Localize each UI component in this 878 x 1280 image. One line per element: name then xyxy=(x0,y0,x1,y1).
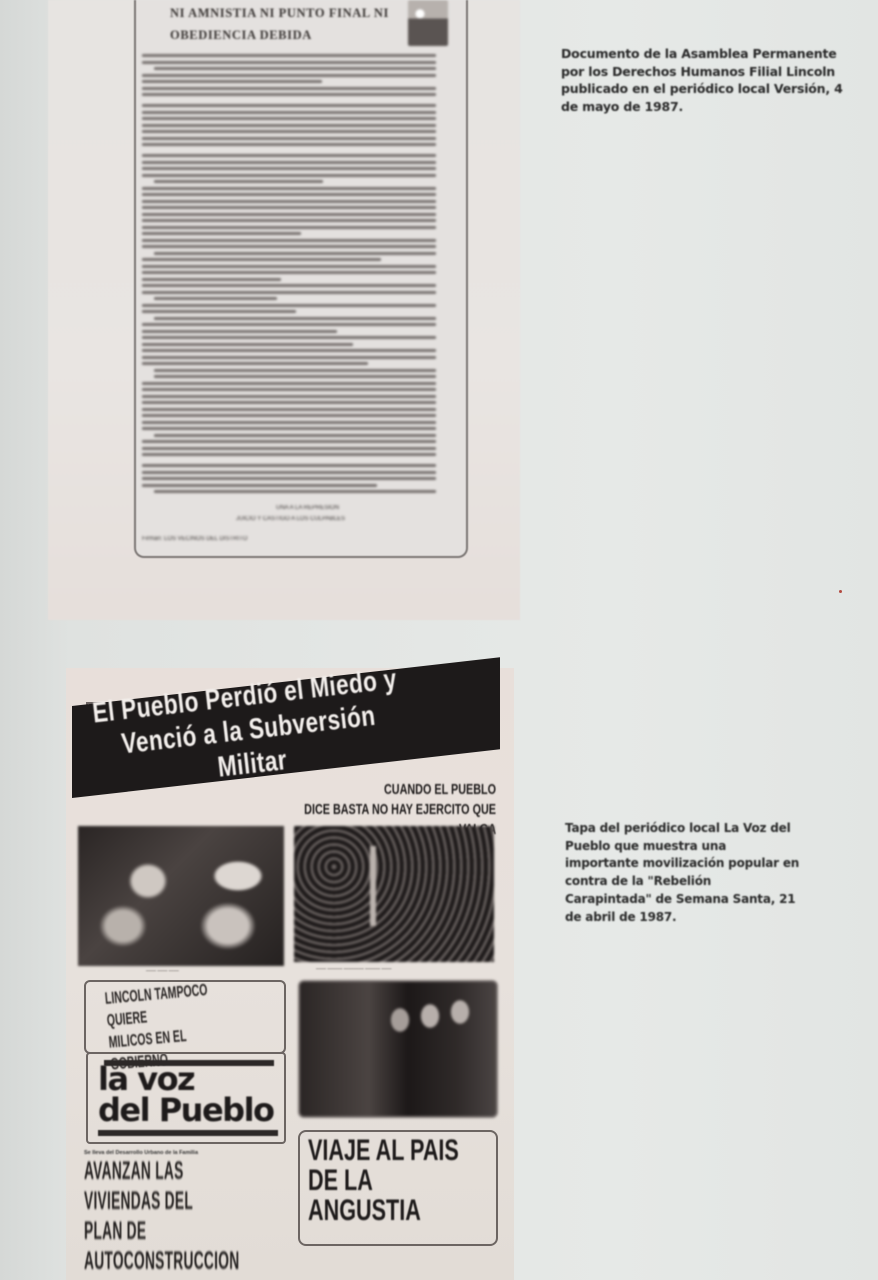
caption-la-voz-del-pueblo: Tapa del periódico local La Voz del Pueb… xyxy=(565,820,800,926)
caption-asamblea-document: Documento de la Asamblea Permanente por … xyxy=(561,45,851,115)
clipping-asamblea-document: NI AMNISTIA NI PUNTO FINAL NI OBEDIENCIA… xyxy=(48,0,520,620)
article-signature-1: UNA A LA REPRESION xyxy=(276,505,339,511)
story-housing-headline: AVANZAN LAS VIVIENDAS DEL PLAN DE AUTOCO… xyxy=(84,1156,238,1276)
photo-caption-1: —— —— —— xyxy=(146,968,179,974)
masthead-title: la voz del Pueblo xyxy=(98,1064,274,1126)
article-headline: NI AMNISTIA NI PUNTO FINAL NI OBEDIENCIA… xyxy=(170,2,420,46)
story-box-lincoln: LINCOLN TAMPOCO QUIERE MILICOS EN EL GOB… xyxy=(84,980,286,1054)
photo-caption-2: —— ——— ———— ——— —— xyxy=(316,966,392,972)
article-footer: Firman: LOS VECINOS DEL DISTRITO xyxy=(142,536,247,542)
clipping-la-voz-del-pueblo: NÚMERO EXTRAORDINARIO El Pueblo Perdió e… xyxy=(66,668,514,1280)
organization-logo-icon xyxy=(408,0,448,46)
photo-embrace xyxy=(78,826,284,966)
article-signature-2: JUICIO Y CASTIGO A LOS CULPABLES xyxy=(236,516,345,522)
newspaper-masthead: la voz del Pueblo xyxy=(86,1052,286,1144)
photo-crowd-mobilization xyxy=(294,826,494,962)
wall-mark xyxy=(839,590,842,593)
newspaper-article: NI AMNISTIA NI PUNTO FINAL NI OBEDIENCIA… xyxy=(134,0,468,558)
photo-meeting xyxy=(298,980,498,1118)
story-angustia-headline: VIAJE AL PAIS DE LA ANGUSTIA xyxy=(308,1136,495,1226)
story-box-angustia: VIAJE AL PAIS DE LA ANGUSTIA xyxy=(298,1130,498,1246)
frontpage-headline: El Pueblo Perdió el Miedo y Venció a la … xyxy=(80,661,417,799)
